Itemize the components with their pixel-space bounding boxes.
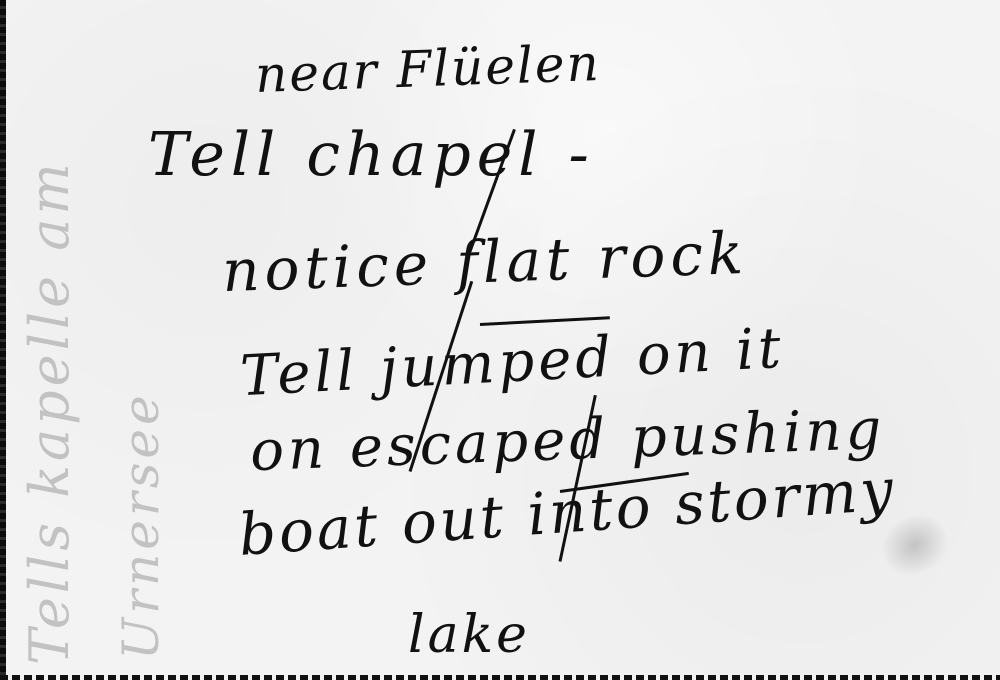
handwritten-line-chapel: Tell chapel - — [148, 120, 595, 190]
scan-border-bottom — [0, 675, 1000, 680]
handwritten-line-lake: lake — [408, 605, 530, 665]
handwritten-line-location: near Flüelen — [254, 34, 601, 104]
pencil-annotation-line-1: Tells kapelle am — [18, 159, 81, 665]
pencil-annotation-line-2: Urnersee — [112, 391, 170, 660]
